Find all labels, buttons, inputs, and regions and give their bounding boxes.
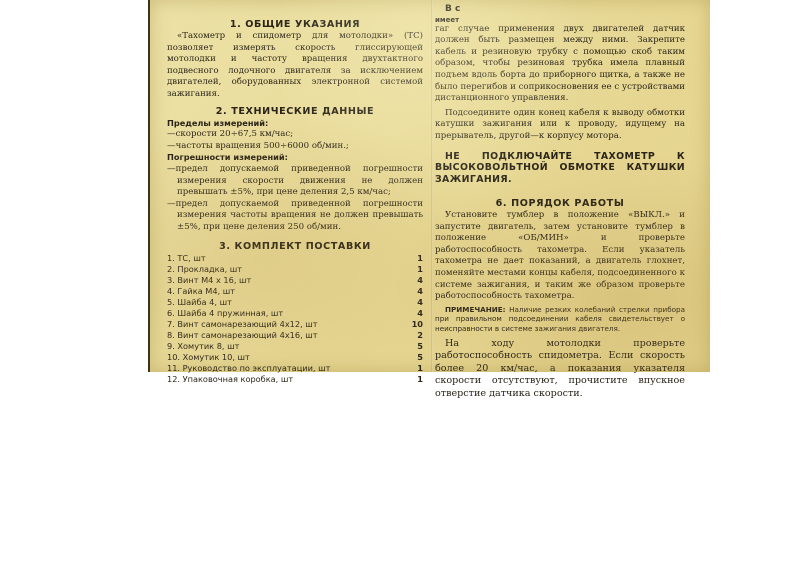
kit-item-qty: 5	[409, 352, 423, 363]
connect-text: Подсоедините один конец кабеля к выводу …	[435, 108, 685, 143]
kit-item-name: 10. Хомутик 10, шт	[167, 352, 250, 363]
truncated-line-1: В с	[435, 4, 685, 16]
speedometer-text: На ходу мотолодки проверьте работоспособ…	[435, 338, 685, 401]
kit-item: 2. Прокладка, шт1	[167, 264, 423, 275]
kit-item-name: 3. Винт М4 х 16, шт	[167, 275, 251, 286]
kit-item-name: 5. Шайба 4, шт	[167, 297, 232, 308]
kit-item-name: 9. Хомутик 8, шт	[167, 341, 239, 352]
kit-item-qty: 5	[409, 341, 423, 352]
section-1-text: «Тахометр и спидометр для мотолодки» (ТС…	[167, 31, 423, 101]
section-2-title: 2. ТЕХНИЧЕСКИЕ ДАННЫЕ	[167, 105, 423, 118]
limits-label: Пределы измерений:	[167, 118, 423, 130]
kit-item-qty: 4	[409, 308, 423, 319]
kit-item: 10. Хомутик 10, шт5	[167, 352, 423, 363]
kit-item: 3. Винт М4 х 16, шт4	[167, 275, 423, 286]
kit-item: 9. Хомутик 8, шт5	[167, 341, 423, 352]
kit-item-qty: 2	[409, 330, 423, 341]
kit-item-qty: 1	[409, 264, 423, 275]
limit-speed: —скорости 20÷67,5 км/час;	[167, 129, 423, 141]
section-6-title: 6. ПОРЯДОК РАБОТЫ	[435, 197, 685, 210]
install-text: гаг случае применения двух двигателей да…	[435, 24, 685, 105]
kit-item: 1. ТС, шт1	[167, 253, 423, 264]
instruction-sheet: 1. ОБЩИЕ УКАЗАНИЯ «Тахометр и спидометр …	[148, 0, 710, 372]
kit-item-qty: 10	[409, 319, 423, 330]
kit-list: 1. ТС, шт12. Прокладка, шт13. Винт М4 х …	[167, 253, 423, 385]
limit-rpm: —частоты вращения 500÷6000 об/мин.;	[167, 141, 423, 153]
errors-label: Погрешности измерений:	[167, 152, 423, 164]
kit-item-name: 6. Шайба 4 пружинная, шт	[167, 308, 283, 319]
section-6-text: Установите тумблер в положение «ВЫКЛ.» и…	[435, 210, 685, 303]
kit-item-qty: 1	[409, 253, 423, 264]
warning-text: НЕ ПОДКЛЮЧАЙТЕ ТАХОМЕТР К ВЫСОКОВОЛЬТНОЙ…	[435, 151, 685, 186]
kit-item-name: 11. Руководство по эксплуатации, шт	[167, 363, 330, 374]
kit-item: 11. Руководство по эксплуатации, шт1	[167, 363, 423, 374]
kit-item-qty: 4	[409, 297, 423, 308]
kit-item-name: 2. Прокладка, шт	[167, 264, 242, 275]
kit-item: 6. Шайба 4 пружинная, шт4	[167, 308, 423, 319]
kit-item: 5. Шайба 4, шт4	[167, 297, 423, 308]
section-1-title: 1. ОБЩИЕ УКАЗАНИЯ	[167, 18, 423, 31]
kit-item-qty: 4	[409, 286, 423, 297]
kit-item: 4. Гайка М4, шт4	[167, 286, 423, 297]
kit-item-name: 1. ТС, шт	[167, 253, 206, 264]
kit-item: 8. Винт самонарезающий 4х16, шт2	[167, 330, 423, 341]
right-column: В с имеет гаг случае применения двух дви…	[435, 4, 685, 401]
kit-item-name: 12. Упаковочная коробка, шт	[167, 374, 293, 385]
left-column: 1. ОБЩИЕ УКАЗАНИЯ «Тахометр и спидометр …	[167, 18, 423, 385]
paper-fold	[431, 0, 433, 372]
error-speed: —предел допускаемой приведенной погрешно…	[167, 164, 423, 199]
kit-item-name: 8. Винт самонарезающий 4х16, шт	[167, 330, 318, 341]
kit-item-name: 4. Гайка М4, шт	[167, 286, 235, 297]
section-3-title: 3. КОМПЛЕКТ ПОСТАВКИ	[167, 240, 423, 253]
kit-item-qty: 1	[409, 363, 423, 374]
kit-item-qty: 1	[409, 374, 423, 385]
kit-item: 7. Винт самонарезающий 4х12, шт10	[167, 319, 423, 330]
kit-item-qty: 4	[409, 275, 423, 286]
truncated-line-2: имеет	[435, 16, 685, 24]
note-label: ПРИМЕЧАНИЕ:	[445, 305, 506, 314]
kit-item: 12. Упаковочная коробка, шт1	[167, 374, 423, 385]
note: ПРИМЕЧАНИЕ: Наличие резких колебаний стр…	[435, 305, 685, 334]
kit-item-name: 7. Винт самонарезающий 4х12, шт	[167, 319, 318, 330]
error-rpm: —предел допускаемой приведенной погрешно…	[167, 199, 423, 234]
